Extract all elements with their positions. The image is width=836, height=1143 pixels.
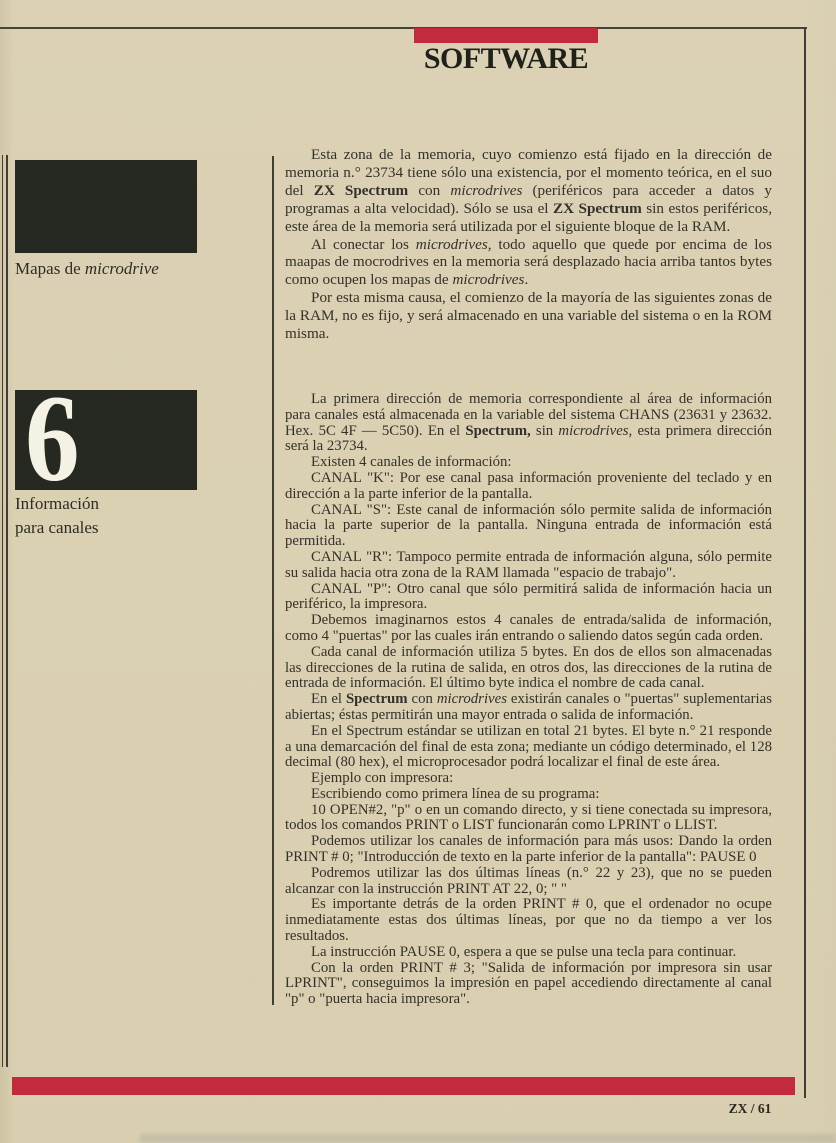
chapter-number-box: 6 <box>15 390 197 490</box>
article-text-column: Esta zona de la memoria, cuyo comienzo e… <box>285 146 772 1008</box>
paragraph: Con la orden PRINT # 3; "Salida de infor… <box>285 961 772 1008</box>
header-red-bar <box>414 28 598 43</box>
magazine-page: SOFTWARE Mapas de microdrive 6 Informaci… <box>0 0 836 1143</box>
paragraph: Esta zona de la memoria, cuyo comienzo e… <box>285 146 772 236</box>
paragraph: Debemos imaginarnos estos 4 canales de e… <box>285 613 772 645</box>
paragraph: La instrucción PAUSE 0, espera a que se … <box>285 945 772 961</box>
left-border-line-outer <box>2 155 3 1067</box>
paragraph: CANAL "P": Otro canal que sólo permitirá… <box>285 582 772 614</box>
paragraph: Podremos utilizar las dos últimas líneas… <box>285 866 772 898</box>
top-rule-line <box>0 27 807 29</box>
scan-edge-shadow <box>140 1134 836 1143</box>
paragraph: Al conectar los microdrives, todo aquell… <box>285 236 772 290</box>
paragraph: Escribiendo como primera línea de su pro… <box>285 787 772 803</box>
paragraph: CANAL "R": Tampoco permite entrada de in… <box>285 550 772 582</box>
paragraph: Cada canal de información utiliza 5 byte… <box>285 645 772 692</box>
figure-caption-italic: microdrive <box>85 259 159 278</box>
left-border-line-inner <box>6 155 8 1067</box>
paragraph: Podemos utilizar los canales de informac… <box>285 834 772 866</box>
bottom-red-bar <box>12 1077 795 1095</box>
page-number: ZX / 61 <box>700 1101 800 1117</box>
chapter-caption-line2: para canales <box>15 516 215 540</box>
chapter-caption: Información para canales <box>15 492 215 540</box>
column-divider-line <box>272 156 274 1005</box>
paragraph: En el Spectrum estándar se utilizan en t… <box>285 724 772 771</box>
microdrive-map-figure-box <box>15 160 197 253</box>
paragraph: Ejemplo con impresora: <box>285 771 772 787</box>
paragraph: Es importante detrás de la orden PRINT #… <box>285 897 772 944</box>
paragraph: La primera dirección de memoria correspo… <box>285 392 772 455</box>
figure-caption-plain: Mapas de <box>15 259 85 278</box>
figure-caption-microdrive: Mapas de microdrive <box>15 259 245 279</box>
chapter-number: 6 <box>25 382 80 496</box>
paragraph: CANAL "S": Este canal de información sól… <box>285 503 772 550</box>
paragraph: Por esta misma causa, el comienzo de la … <box>285 289 772 343</box>
paragraph: CANAL "K": Por ese canal pasa informació… <box>285 471 772 503</box>
chapter-caption-line1: Información <box>15 492 215 516</box>
paragraph: 10 OPEN#2, "p" o en un comando directo, … <box>285 803 772 835</box>
paragraph: En el Spectrum con microdrives existirán… <box>285 692 772 724</box>
paragraph: Existen 4 canales de información: <box>285 455 772 471</box>
article-block-memory-maps: Esta zona de la memoria, cuyo comienzo e… <box>285 146 772 343</box>
right-border-line <box>804 28 806 1098</box>
section-title: SOFTWARE <box>404 42 608 76</box>
article-block-channel-info: La primera dirección de memoria correspo… <box>285 392 772 1008</box>
